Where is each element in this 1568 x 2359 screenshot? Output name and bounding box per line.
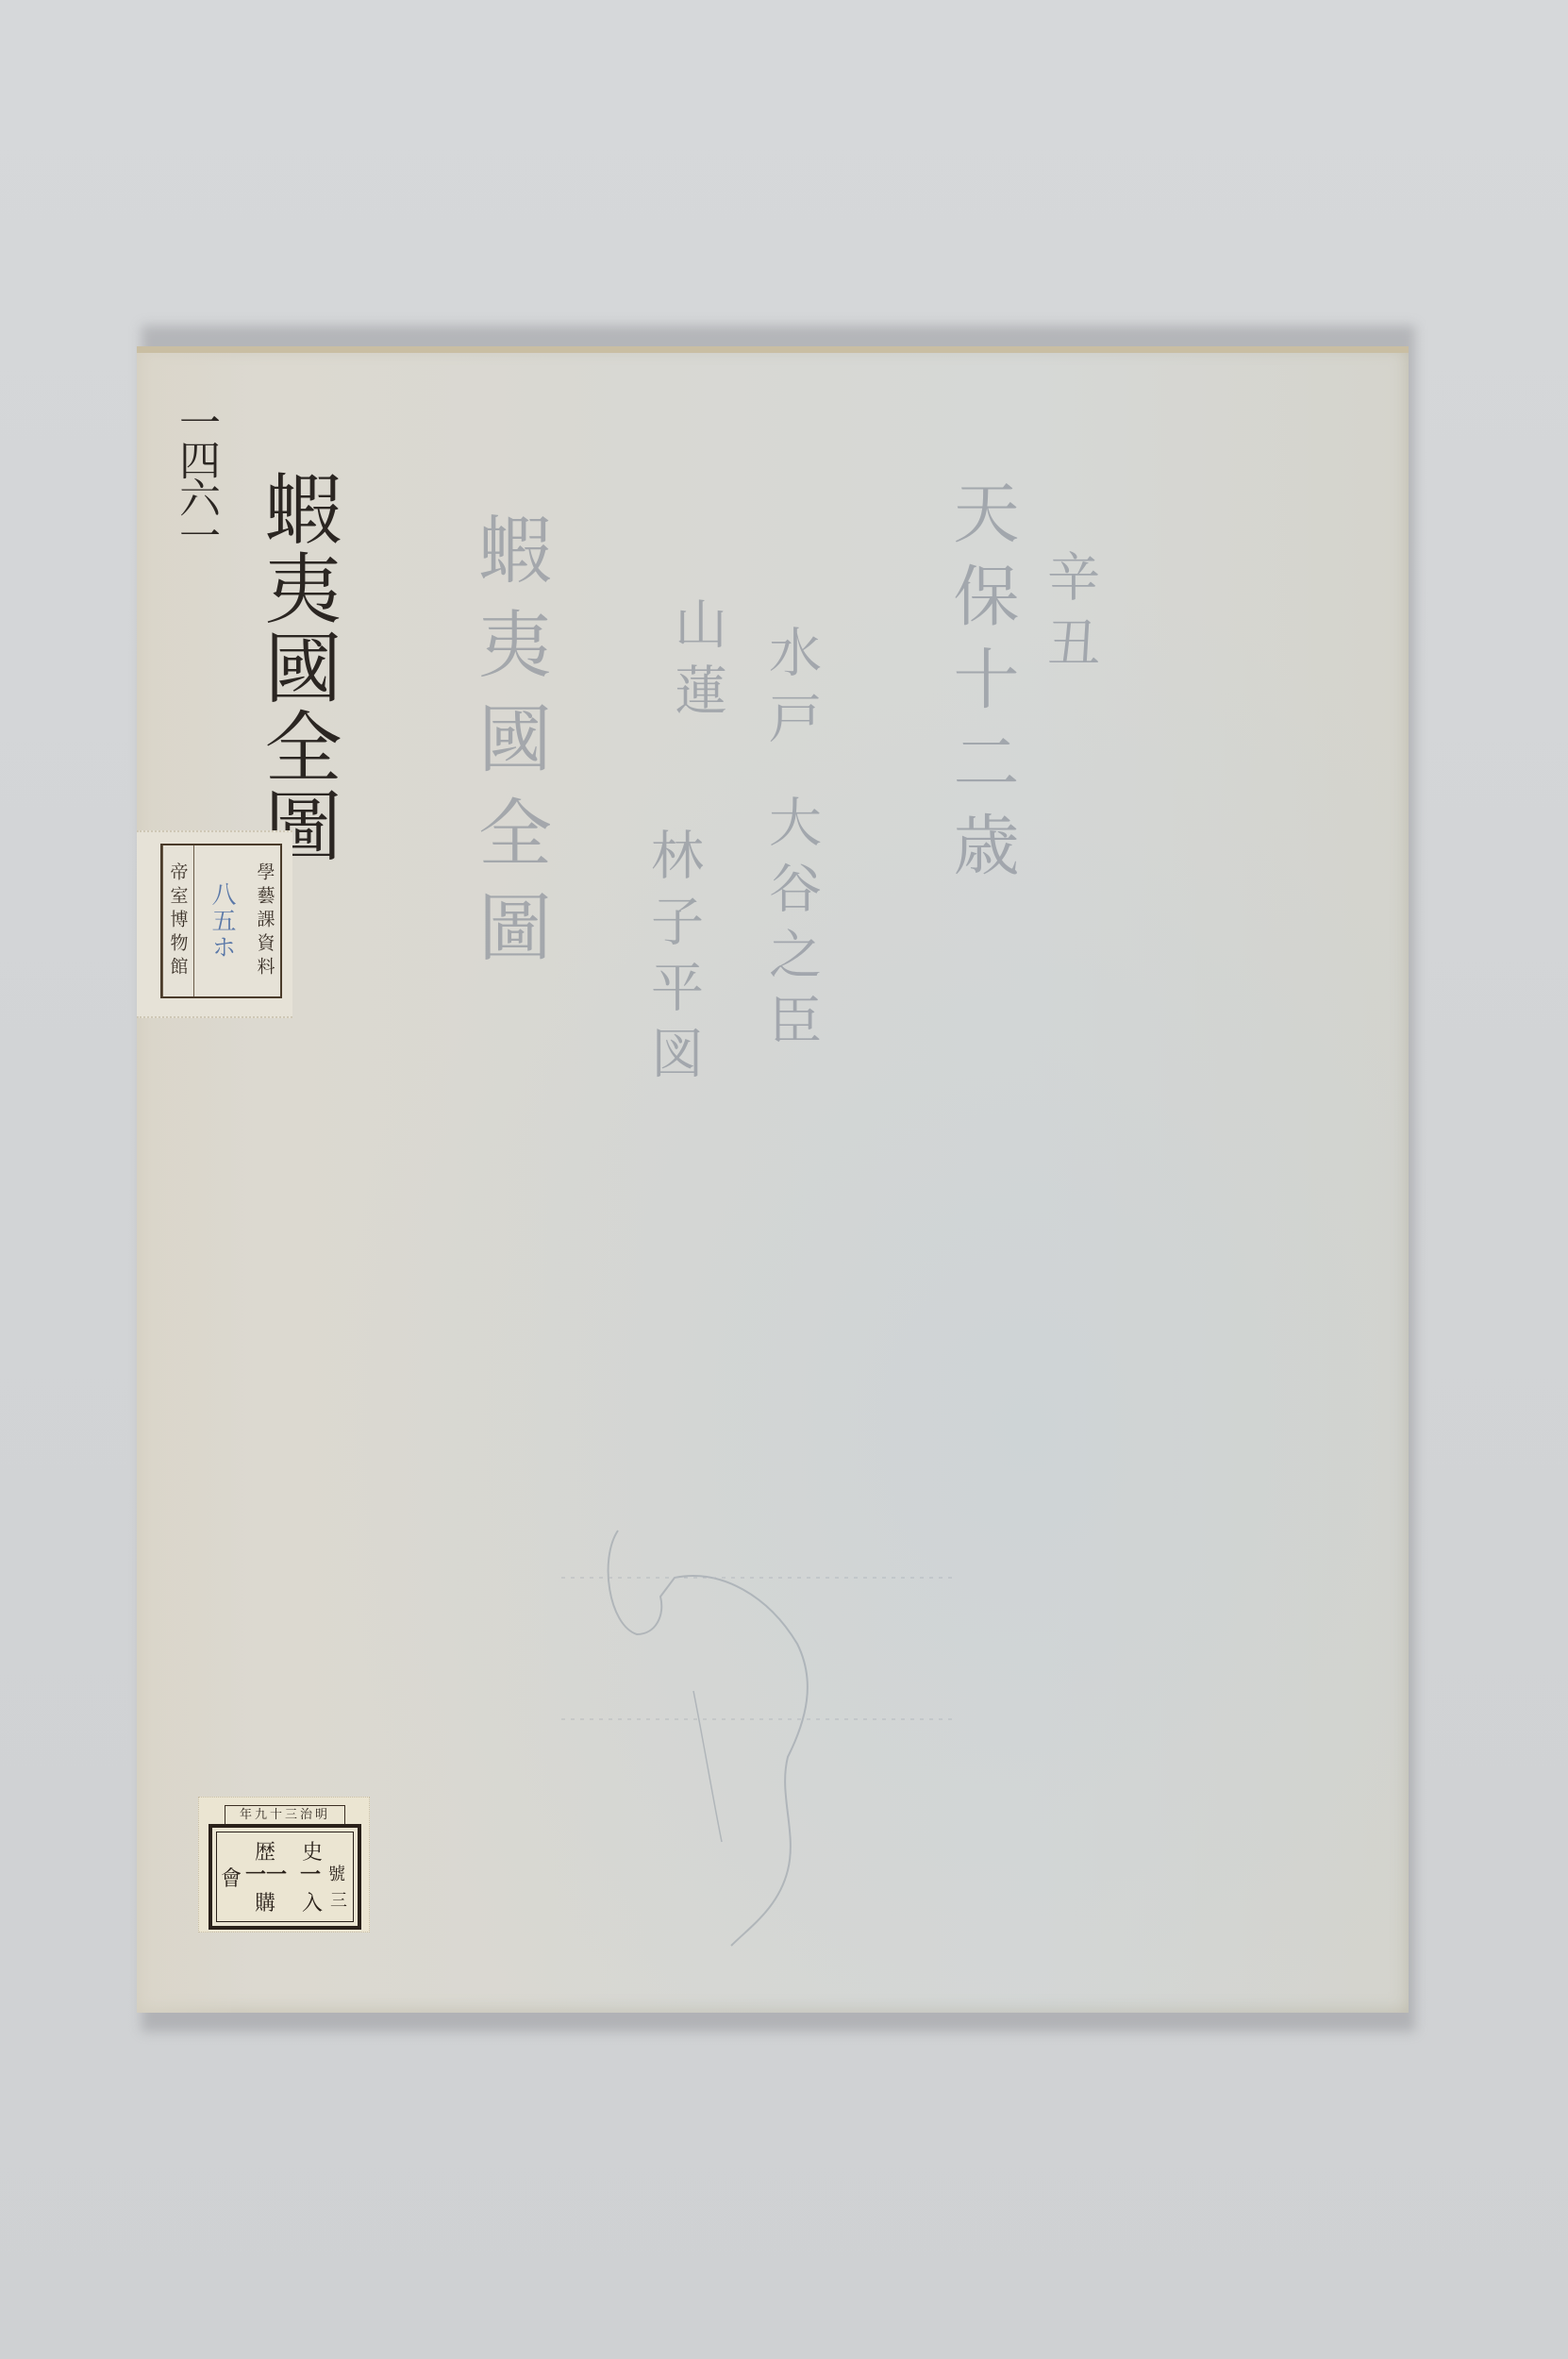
purchase-box: 歴 史 會 一一 一 號 購 入 三	[209, 1824, 361, 1930]
purchase-number-dashes: 一一	[245, 1859, 287, 1888]
purchase-year: 明治三十九年	[225, 1805, 345, 1825]
folder-cover: 一四六一 蝦夷國全圖 天保十二歳 辛丑 水戸 大谷之臣 山蓮 林子平図 蝦夷國全…	[137, 346, 1409, 2013]
label-institution: 帝室博物館	[162, 845, 193, 996]
purchase-kind-left: 購	[255, 1887, 275, 1916]
label-dept: 學藝課資料	[250, 845, 280, 996]
show-through-author-origin: 水戸	[764, 625, 817, 757]
paper-top-edge	[137, 346, 1409, 353]
handwritten-title: 蝦夷國全圖	[258, 469, 335, 865]
purchase-number-suffix: 號	[328, 1861, 345, 1885]
purchase-number-mid: 一	[300, 1859, 321, 1888]
show-through-cartographer: 林子平図	[646, 828, 699, 1092]
show-through-author: 大谷之臣	[764, 795, 817, 1059]
label-frame: 學藝課資料 八五ホ 帝室博物館	[160, 844, 282, 998]
show-through-title: 蝦夷國全圖	[472, 511, 545, 983]
catalog-number: 一四六一	[175, 401, 216, 552]
purchase-number-handwritten: 三	[330, 1887, 347, 1912]
show-through-engraver: 山蓮	[670, 596, 723, 728]
show-through-date: 天保十二歳	[948, 478, 1014, 894]
purchase-box-inner: 歴 史 會 一一 一 號 購 入 三	[216, 1832, 354, 1922]
purchase-label: 明治三十九年 歴 史 會 一一 一 號 購 入 三	[198, 1797, 370, 1932]
show-through-zodiac: 辛丑	[1043, 549, 1095, 681]
purchase-society: 會	[221, 1863, 242, 1892]
museum-catalog-label: 學藝課資料 八五ホ 帝室博物館	[137, 830, 292, 1018]
label-shelf-number: 八五ホ	[193, 845, 250, 996]
map-outline-trace	[561, 1436, 958, 1965]
purchase-kind-right: 入	[302, 1887, 323, 1916]
spine-band	[137, 353, 231, 2013]
